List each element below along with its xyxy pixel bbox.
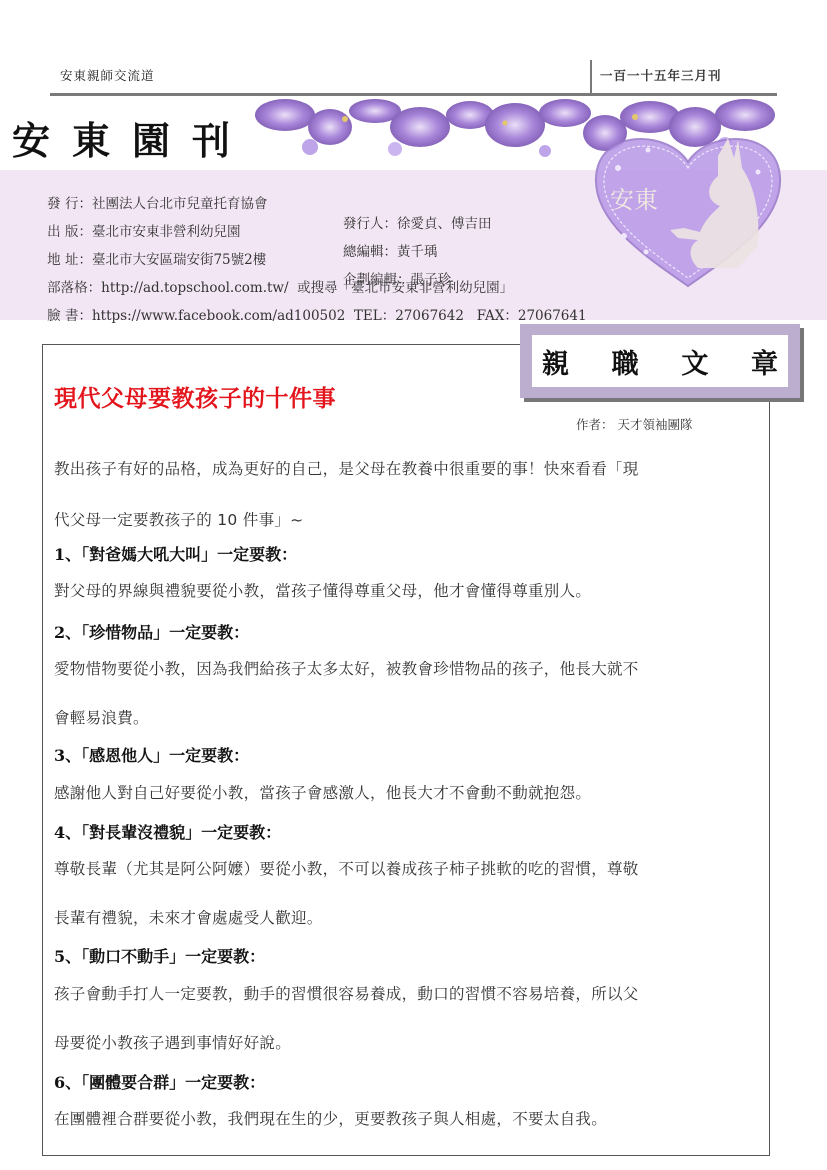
section-tag-char: 章: [751, 342, 778, 381]
item-body-line: 母要從小教孩子遇到事情好好說。: [54, 1031, 291, 1053]
article-author: 作者： 天才領袖團隊: [576, 415, 692, 433]
section-tag-char: 文: [681, 342, 708, 381]
item-heading-6: 6、「團體要合群」一定要教：: [54, 1070, 265, 1093]
intro-paragraph-line: 教出孩子有好的品格，成為更好的自己，是父母在教養中很重要的事！快來看看「現: [54, 457, 639, 479]
item-body-line: 在團體裡合群要從小教，我們現在生的少，更要教孩子與人相處，不要太自我。: [54, 1107, 607, 1129]
header-rule: [50, 93, 777, 96]
section-tag-char: 職: [612, 342, 639, 381]
info-line-facebook[interactable]: 臉 書：https://www.facebook.com/ad100502 TE…: [30, 288, 587, 340]
item-body-line: 尊敬長輩（尤其是阿公阿嬤）要從小教，不可以養成孩子柿子挑軟的吃的習慣，尊敬: [54, 857, 639, 879]
item-body-line: 長輩有禮貌，未來才會處處受人歡迎。: [54, 906, 323, 928]
item-heading-3: 3、「感恩他人」一定要教：: [54, 743, 249, 766]
item-body-line: 孩子會動手打人一定要教，動手的習慣很容易養成，動口的習慣不容易培養，所以父: [54, 982, 639, 1004]
item-body-line: 對父母的界線與禮貌要從小教，當孩子懂得尊重父母，他才會懂得尊重別人。: [54, 579, 591, 601]
item-heading-1: 1、「對爸媽大吼大叫」一定要教：: [54, 542, 297, 565]
masthead-title: 安東園刊: [12, 110, 252, 165]
svg-text:安東: 安東: [610, 186, 658, 214]
item-body-line: 感謝他人對自己好要從小教，當孩子會感激人，他長大才不會動不動就抱怨。: [54, 781, 591, 803]
intro-paragraph-line: 代父母一定要教孩子的 10 件事」~: [54, 508, 303, 530]
item-heading-2: 2、「珍惜物品」一定要教：: [54, 620, 249, 643]
section-tag-parenting-articles: 親 職 文 章: [520, 324, 800, 398]
kangaroo-heart-logo: 安東: [588, 128, 788, 288]
item-heading-4: 4、「對長輩沒禮貌」一定要教：: [54, 820, 281, 843]
issue-label: 一百一十五年三月刊: [600, 66, 722, 84]
header-divider-vertical: [590, 60, 592, 96]
item-body-line: 會輕易浪費。: [54, 706, 149, 728]
item-body-line: 愛物惜物要從小教，因為我們給孩子太多太好，被教會珍惜物品的孩子，他長大就不: [54, 657, 639, 679]
article-title: 現代父母要教孩子的十件事: [54, 380, 336, 413]
item-heading-5: 5、「動口不動手」一定要教：: [54, 944, 265, 967]
column-name: 安東親師交流道: [60, 66, 155, 84]
section-tag-char: 親: [542, 342, 569, 381]
